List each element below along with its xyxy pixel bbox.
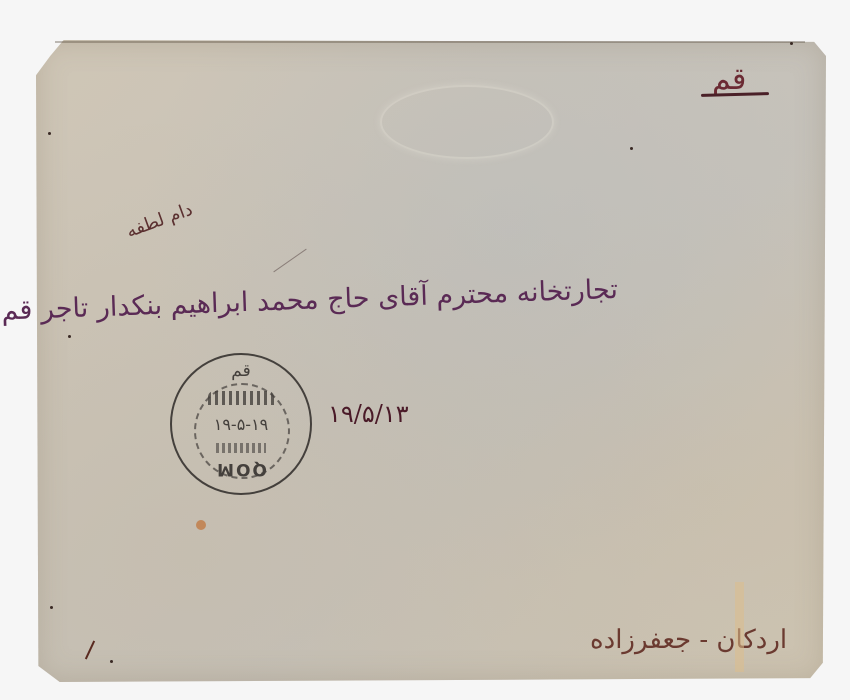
destination-mark: قم (712, 62, 746, 97)
postmark: قم ۱۹-۵-۱۹ QOM (170, 353, 312, 495)
speck (110, 660, 113, 663)
postmark-date: ۱۹-۵-۱۹ (172, 415, 310, 434)
postmark-bars-bottom (216, 443, 266, 453)
embossed-letterhead (380, 85, 554, 159)
postmark-city-latin: QOM (172, 459, 310, 479)
tape-stain (735, 582, 744, 672)
handwritten-date: ۱۹/۵/۱۳ (328, 400, 409, 428)
speck (630, 147, 633, 150)
speck (68, 335, 71, 338)
postmark-city-persian: قم (172, 361, 310, 381)
rust-stain (196, 520, 206, 530)
speck (790, 42, 793, 45)
scene: قم دام لطفه تجارتخانه محترم آقای حاج محم… (0, 0, 850, 700)
envelope-top-edge (55, 41, 805, 43)
speck (48, 132, 51, 135)
postmark-bars-top (208, 391, 274, 405)
sender-address: اردکان - جعفرزاده (590, 625, 787, 655)
speck (50, 606, 53, 609)
